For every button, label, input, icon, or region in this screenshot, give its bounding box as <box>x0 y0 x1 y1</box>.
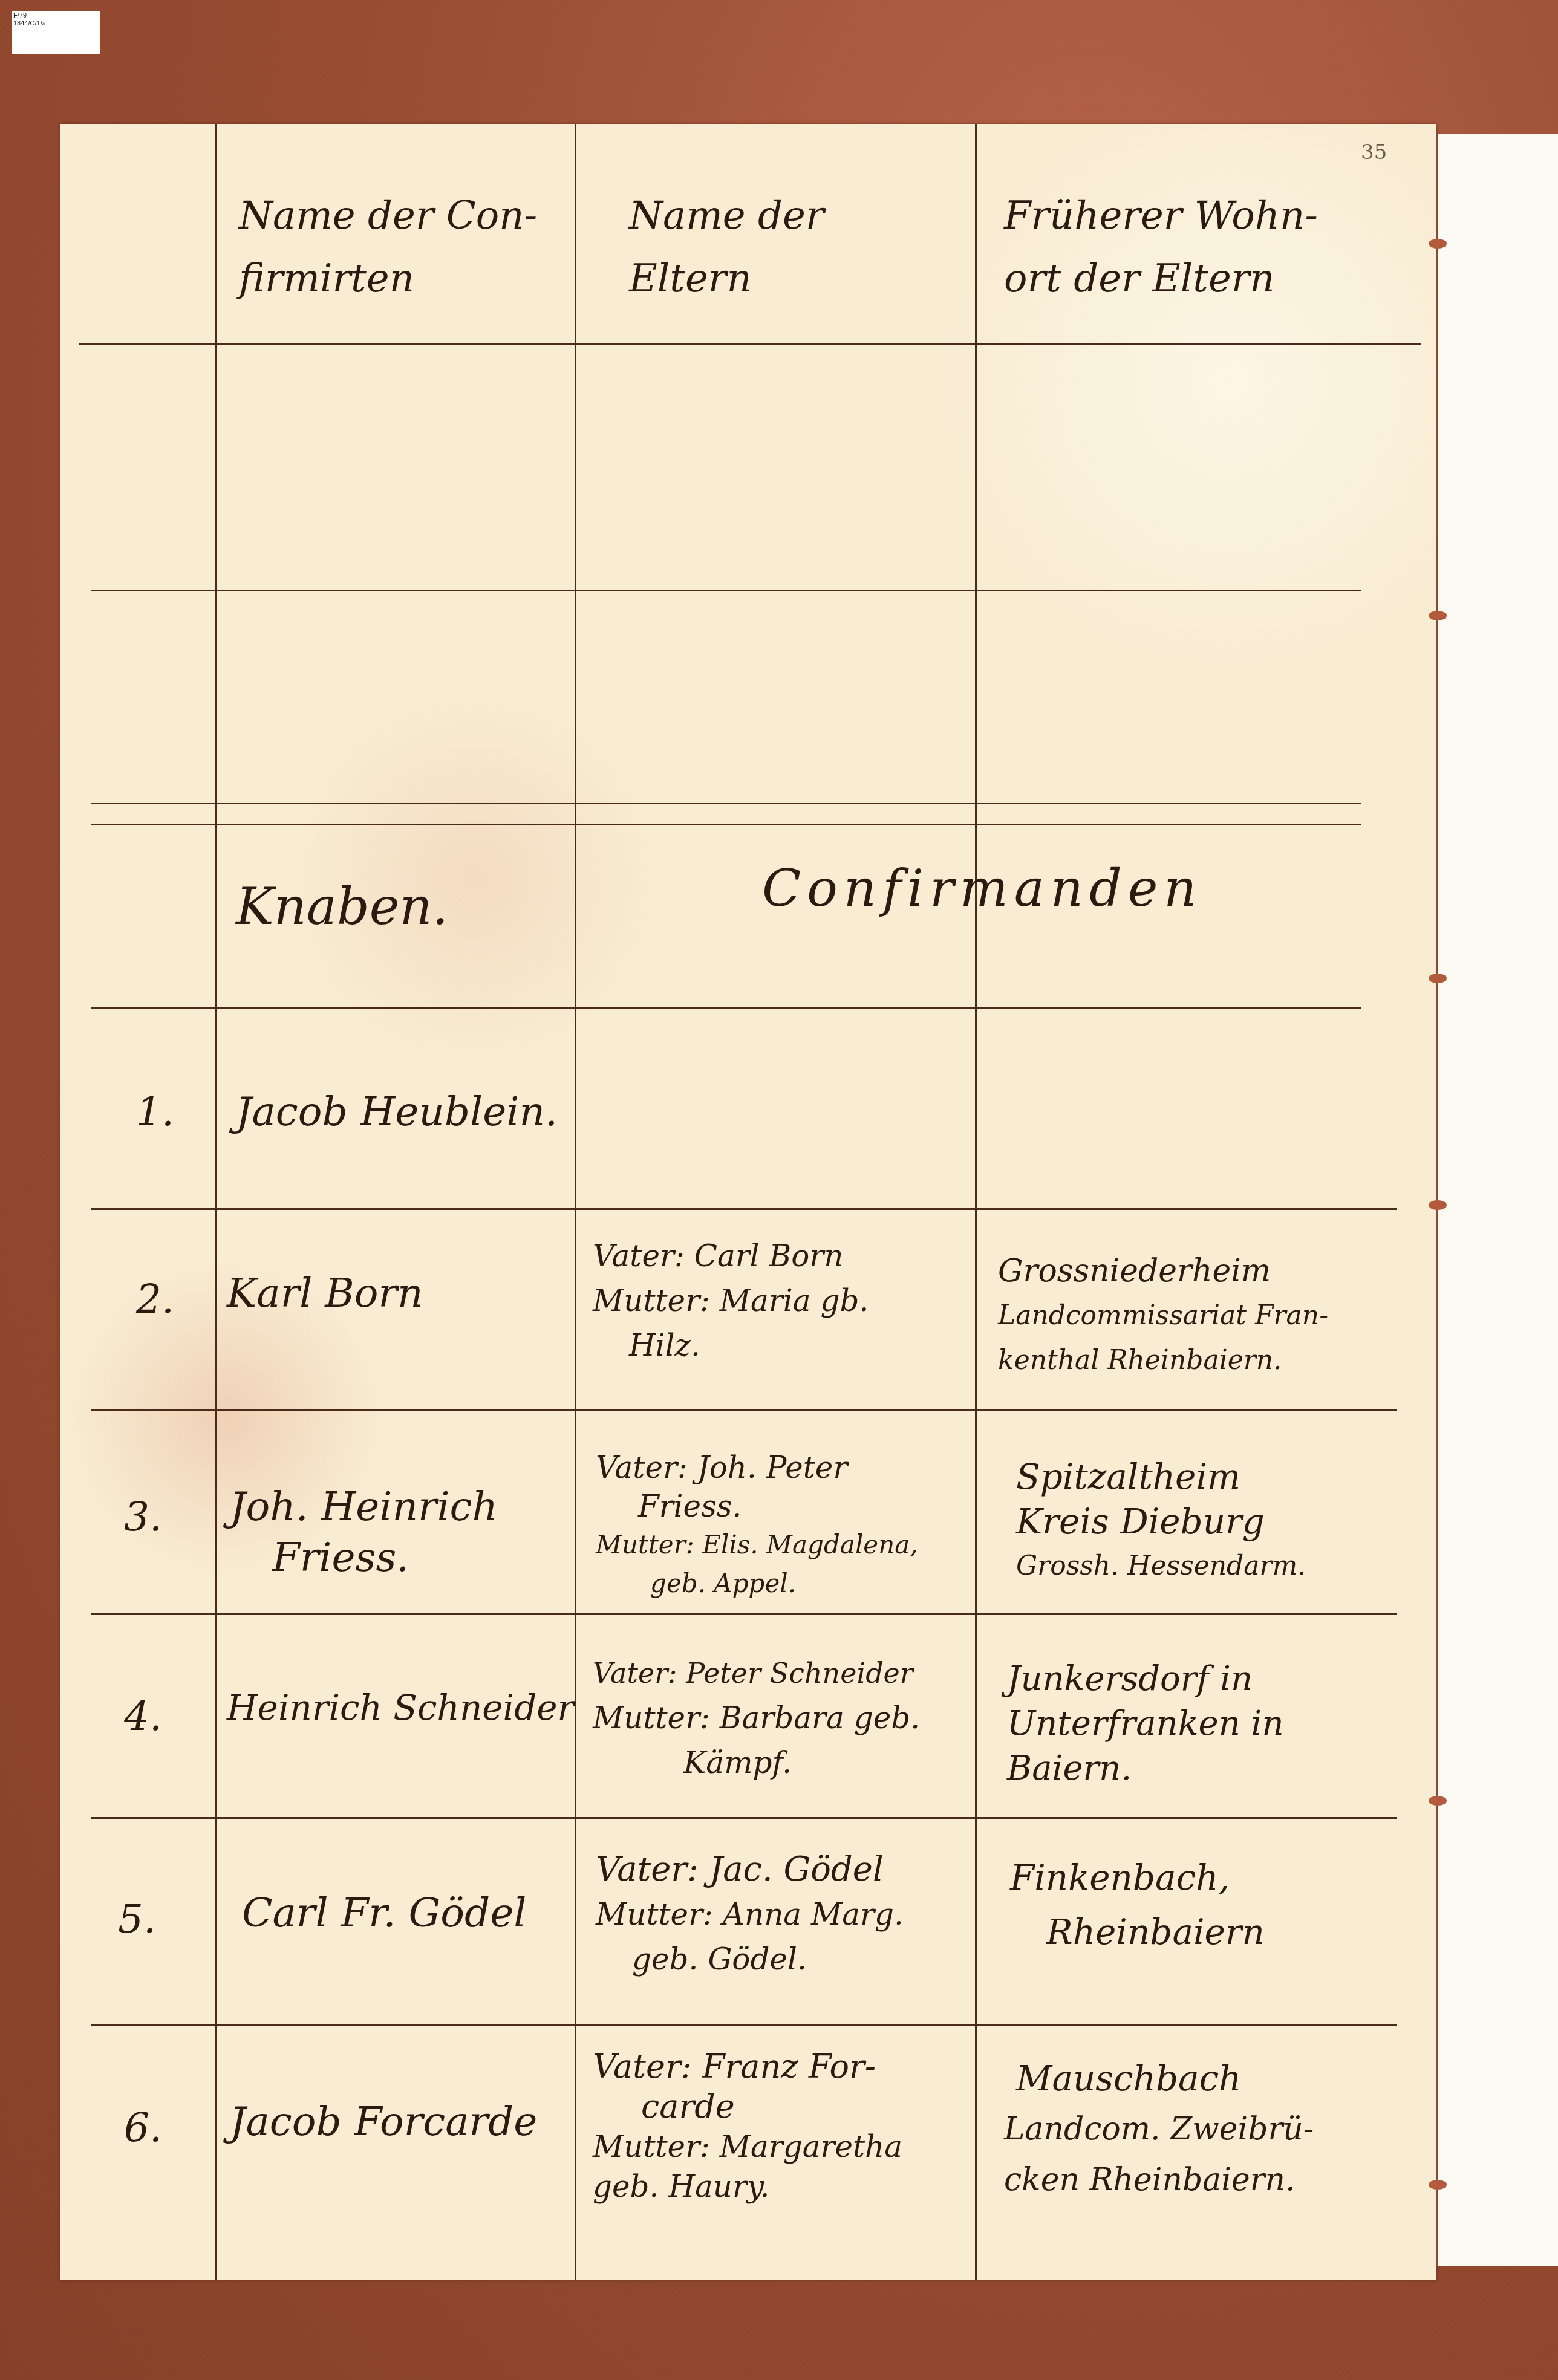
row-rule <box>91 2024 1397 2026</box>
binding-stitch <box>1429 239 1447 249</box>
row-number: 5. <box>118 1896 156 1942</box>
parents-names: Vater: Peter Schneider Mutter: Barbara g… <box>593 1651 920 1785</box>
binding-stitch <box>1429 974 1447 983</box>
binding-stitch <box>1429 1796 1447 1806</box>
header-parents-name: Name der Eltern <box>629 184 824 310</box>
binding-stitch <box>1429 1200 1447 1210</box>
row-number: 1. <box>136 1088 174 1135</box>
confirmand-name: Carl Fr. Gödel <box>242 1890 526 1936</box>
row-rule <box>91 1409 1397 1411</box>
flyleaf <box>1436 134 1558 2266</box>
row-rule <box>91 1817 1397 1819</box>
row-rule <box>91 1613 1397 1615</box>
binding-stitch <box>1429 2180 1447 2190</box>
parents-names: Vater: Jac. Gödel Mutter: Anna Marg. geb… <box>596 1847 904 1982</box>
parents-names: Vater: Carl Born Mutter: Maria gb. Hilz. <box>593 1234 869 1368</box>
column-rule <box>215 124 217 2280</box>
column-rule <box>575 124 576 2280</box>
former-residence: Spitzaltheim Kreis Dieburg Grossh. Hesse… <box>1016 1454 1306 1588</box>
former-residence: Junkersdorf in Unterfranken in Baiern. <box>1007 1657 1284 1791</box>
page-number: 35 <box>1361 140 1387 164</box>
archive-label: F/79 1844/C/1/a <box>12 11 100 54</box>
section-title: Confirmanden <box>762 859 1202 918</box>
former-residence: Finkenbach, Rheinbaiern <box>1010 1850 1265 1959</box>
header-former-residence: Früherer Wohn- ort der Eltern <box>1004 184 1318 310</box>
parents-names: Vater: Franz For- carde Mutter: Margaret… <box>593 2047 902 2206</box>
row-rule <box>91 1208 1397 1210</box>
row-number: 6. <box>124 2104 162 2151</box>
row-number: 4. <box>124 1693 162 1740</box>
row-rule <box>91 590 1361 591</box>
parents-names: Vater: Joh. Peter Friess. Mutter: Elis. … <box>596 1448 918 1603</box>
row-rule <box>91 1007 1361 1009</box>
section-label: Knaben. <box>236 877 448 936</box>
header-confirmand-name: Name der Con- firmirten <box>239 184 537 310</box>
binding-stitch <box>1429 611 1447 620</box>
confirmand-name: Jacob Heublein. <box>236 1088 558 1135</box>
former-residence: Grossniederheim Landcommissariat Fran- k… <box>998 1249 1328 1383</box>
column-rule <box>975 124 977 2280</box>
row-number: 3. <box>124 1494 162 1540</box>
row-rule <box>91 824 1361 825</box>
archive-label-line1: F/79 <box>13 12 99 20</box>
row-rule <box>91 803 1361 804</box>
confirmand-name: Heinrich Schneider <box>227 1687 574 1728</box>
confirmand-name: Jacob Forcarde <box>230 2098 537 2145</box>
confirmand-name: Karl Born <box>227 1270 423 1316</box>
row-number: 2. <box>136 1276 174 1322</box>
row-rule <box>79 343 1421 345</box>
archive-label-line2: 1844/C/1/a <box>13 20 99 28</box>
confirmand-name: Joh. Heinrich Friess. <box>230 1481 498 1583</box>
former-residence: Mauschbach Landcom. Zweibrü- cken Rheinb… <box>1004 2053 1314 2205</box>
